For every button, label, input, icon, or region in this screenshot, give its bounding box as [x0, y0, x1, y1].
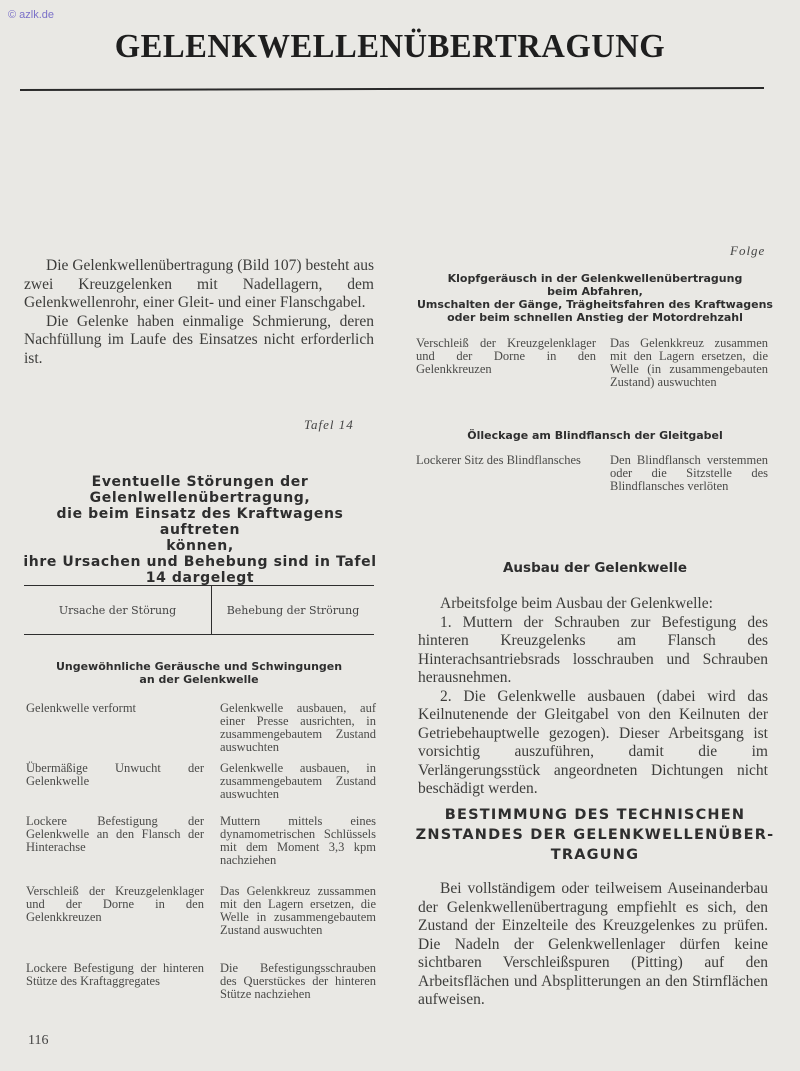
remedy-cell: Die Befestigungsschrauben des Querstücke…: [220, 962, 376, 1001]
remedy-cell: Den Blindflansch verstemmen oder die Sit…: [610, 454, 768, 493]
caption-line: ihre Ursachen und Behebung sind in Tafel: [20, 554, 380, 570]
heading-line: ZNSTANDES DER GELENKWELLENÜBER-: [410, 825, 780, 845]
caption-line: die beim Einsatz des Kraftwagens auftret…: [20, 506, 380, 538]
caption-line: Gelenlwellenübertragung,: [20, 490, 380, 506]
ausbau-paragraph: 2. Die Gelenkwelle ausbauen (dabei wird …: [418, 688, 768, 799]
ausbau-text: Arbeitsfolge beim Ausbau der Gelenkwelle…: [418, 595, 768, 799]
section-title-line: Umschalten der Gänge, Trägheitsfahren de…: [410, 298, 780, 311]
remedy-cell: Gelenkwelle ausbauen, auf einer Presse a…: [220, 702, 376, 754]
bestimmung-paragraph: Bei vollständigem oder teilweisem Ausein…: [418, 880, 768, 1010]
page-title: GELENKWELLENÜBERTRAGUNG: [16, 28, 765, 66]
heading-line: TRAGUNG: [410, 845, 780, 865]
caption-line: können,: [20, 538, 380, 554]
cause-cell: Gelenkwelle verformt: [26, 702, 204, 754]
page-number: 116: [28, 1033, 48, 1049]
table-row: Gelenkwelle verformt Gelenkwelle ausbaue…: [26, 702, 376, 754]
table-row: Übermäßige Unwucht der Gelenkwelle Gelen…: [26, 762, 376, 801]
ausbau-paragraph: 1. Muttern der Schrauben zur Befestigung…: [418, 614, 768, 688]
table-row: Lockerer Sitz des Blindflansches Den Bli…: [416, 454, 768, 493]
section-title-line: an der Gelenkwelle: [24, 673, 374, 686]
ausbau-heading: Ausbau der Gelenkwelle: [410, 560, 780, 576]
cause-cell: Übermäßige Unwucht der Gelenkwelle: [26, 762, 204, 801]
section-title: Ölleckage am Blindflansch der Gleitgabel: [410, 429, 780, 442]
remedy-cell: Gelenkwelle ausbauen, in zusammengebaute…: [220, 762, 376, 801]
section-title-line: Klopfgeräusch in der Gelenkwellenübertra…: [410, 272, 780, 285]
cause-cell: Verschleiß der Kreuzgelenklager und der …: [416, 337, 596, 389]
table-caption: Eventuelle Störungen der Gelenlwellenübe…: [20, 474, 380, 586]
table-row: Lockere Befestigung der hinteren Stütze …: [26, 962, 376, 1001]
remedy-cell: Das Gelenkkreuz zussammen mit den Lagern…: [220, 885, 376, 937]
cause-cell: Lockere Befestigung der Gelenkwelle an d…: [26, 815, 204, 867]
remedy-cell: Das Gelenkkreuz zusammen mit den Lagern …: [610, 337, 768, 389]
table-row: Verschleiß der Kreuzgelenklager und der …: [26, 885, 376, 937]
intro-paragraph: Die Gelenke haben einmalige Schmierung, …: [24, 313, 374, 369]
cause-cell: Verschleiß der Kreuzgelenklager und der …: [26, 885, 204, 937]
table-row: Lockere Befestigung der Gelenkwelle an d…: [26, 815, 376, 867]
remedy-cell: Muttern mittels eines dynamometrischen S…: [220, 815, 376, 867]
section-title-line: Ölleckage am Blindflansch der Gleitgabel: [410, 429, 780, 442]
table-row: Verschleiß der Kreuzgelenklager und der …: [416, 337, 768, 389]
caption-line: 14 dargelegt: [20, 570, 380, 586]
bestimmung-heading: BESTIMMUNG DES TECHNISCHEN ZNSTANDES DER…: [410, 805, 780, 865]
bestimmung-text: Bei vollständigem oder teilweisem Ausein…: [418, 880, 768, 1010]
header-remedy: Behebung der Strörung: [212, 586, 374, 634]
intro-text: Die Gelenkwellenübertragung (Bild 107) b…: [24, 257, 374, 368]
table-label: Tafel 14: [304, 417, 354, 433]
intro-paragraph: Die Gelenkwellenübertragung (Bild 107) b…: [24, 257, 374, 313]
cause-cell: Lockere Befestigung der hinteren Stütze …: [26, 962, 204, 1001]
table-header: Ursache der Störung Behebung der Strörun…: [24, 585, 374, 635]
continued-label: Folge: [730, 243, 765, 259]
section-title-line: Ungewöhnliche Geräusche und Schwingungen: [24, 660, 374, 673]
heading-line: BESTIMMUNG DES TECHNISCHEN: [410, 805, 780, 825]
watermark: © azlk.de: [8, 9, 54, 21]
caption-line: Eventuelle Störungen der: [20, 474, 380, 490]
section-title: Ungewöhnliche Geräusche und Schwingungen…: [24, 660, 374, 686]
section-title-line: beim Abfahren,: [410, 285, 780, 298]
section-title: Klopfgeräusch in der Gelenkwellenübertra…: [410, 272, 780, 324]
title-divider: [20, 87, 764, 91]
section-title-line: oder beim schnellen Anstieg der Motordre…: [410, 311, 780, 324]
ausbau-paragraph: Arbeitsfolge beim Ausbau der Gelenkwelle…: [418, 595, 768, 614]
cause-cell: Lockerer Sitz des Blindflansches: [416, 454, 596, 493]
header-cause: Ursache der Störung: [24, 586, 212, 634]
